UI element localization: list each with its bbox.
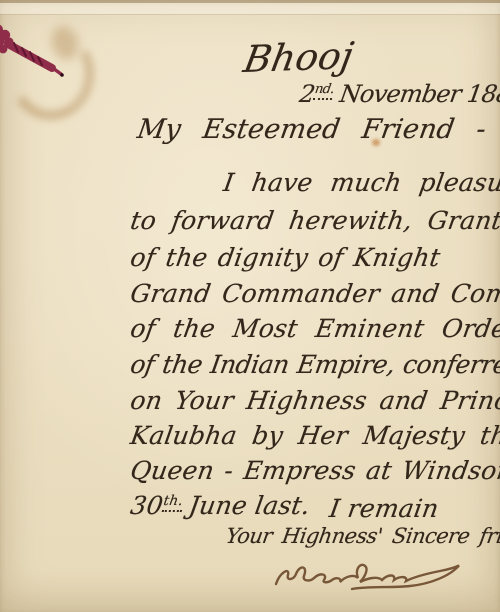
date-ref-rest: June last. [187,491,312,520]
body-line: Grand Commander and Companion [128,279,500,308]
body-line: Queen - Empress at Windsor on [128,456,500,485]
date-ordinal: nd. [313,82,335,100]
body-line: on Your Highness and Prince [128,386,500,415]
date-ref-line: 30th.June last. [128,491,312,520]
salutation-line: My Esteemed Friend - [135,114,488,145]
page-top-light-band [0,3,500,14]
body-line: of the dignity of Knight [128,243,442,272]
body-line: of the Most Eminent Order [128,314,500,343]
body-line: to forward herewith, Grants [128,206,500,235]
place-line: Bhooj [240,34,356,81]
signature [268,550,473,600]
closing-remain: I remain [327,494,440,523]
letter-page: Bhooj 2nd.November 1887. My Esteemed Fri… [0,0,500,612]
body-line: I have much pleasure [221,168,500,197]
date-ref-ordinal: th. [162,493,184,512]
date-ref-day: 30 [128,491,165,520]
body-line: of the Indian Empire, conferred [128,350,500,379]
closing-line: Your Highness' Sincere friend. [224,524,500,548]
date-rest: November 1887. [338,80,500,108]
body-line: Kalubha by Her Majesty the [128,421,500,450]
fold-crease [0,14,500,15]
ribbon-cord-remnant [0,20,86,92]
date-line: 2nd.November 1887. [298,80,500,108]
